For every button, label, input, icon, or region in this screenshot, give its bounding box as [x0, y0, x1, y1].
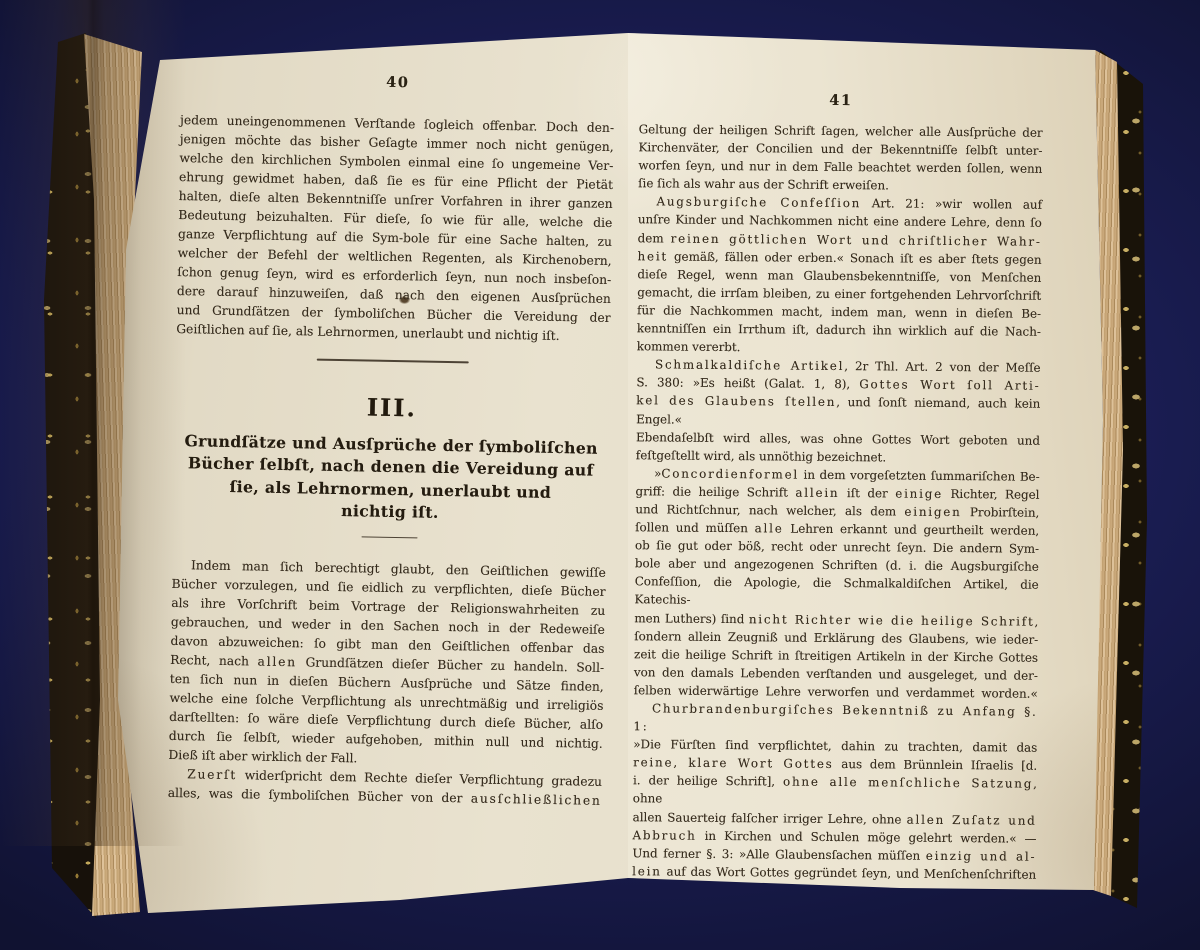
text-run: Ebendaſelbſt wird alles, was ohne Gottes… [636, 430, 1040, 448]
paragraph-block: jedem uneingenommenen Verſtande ſogleich… [176, 111, 614, 347]
letterspaced-text: Concordienformel [661, 466, 799, 481]
text-run: Recht, nach [170, 653, 258, 669]
text-run: Confeſſion, die Apologie, die Schmalkald… [635, 575, 1039, 608]
letterspaced-text: ohne alle menſchliche Satzung [783, 775, 1033, 791]
chapter-numeral: III. [175, 388, 609, 425]
letterspaced-text: allein [795, 485, 839, 499]
letterspaced-text: einige [895, 486, 943, 500]
text-run: kommen vererbt. [637, 339, 741, 354]
section-heading: Grundſätze und Ausſprüche der ſymboliſch… [173, 429, 609, 527]
paragraph-block: Indem man ſich berechtigt glaubt, den Ge… [168, 556, 606, 811]
text-run: auf das Wort Gottes gegründet ſeyn, und … [662, 864, 1037, 881]
text-run: Art. 21: »wir wollen auf [861, 197, 1042, 213]
letterspaced-text: allen [257, 655, 297, 670]
page-41-number: 41 [639, 90, 1043, 111]
text-run: »Die Fürſten ſind verpflichtet, dahin zu… [633, 737, 1037, 755]
paragraph-block: Geltung der heiligen Schrift ſagen, welc… [632, 120, 1043, 883]
letterspaced-text: Schmalkaldiſche Artikel [655, 358, 844, 374]
text-run: unſre Kinder und Nachkommen nicht eine a… [638, 213, 1042, 231]
text-run: Probirſtein, [962, 505, 1040, 520]
letterspaced-text: ausſchließlichen [471, 791, 602, 807]
text-run: : [643, 719, 647, 733]
text-run: bole aber und angezogenen Schriften (d. … [635, 556, 1039, 574]
text-run: S. 380: »Es heißt (Galat. 1, 8), [636, 376, 859, 392]
letterspaced-text: heit [638, 249, 669, 263]
text-run: dieſe Regel, wenn man Glaubensbekenntniſ… [637, 267, 1041, 285]
page-40-number: 40 [181, 70, 615, 95]
text-run: , 2r Thl. Art. 2 von der Meſſe [844, 359, 1040, 375]
letterspaced-text: lein [632, 864, 662, 878]
text-run: » [654, 466, 661, 480]
text-run: dem [638, 231, 671, 245]
page-41-text-column: 41 Geltung der heiligen Schrift ſagen, w… [632, 90, 1043, 883]
text-line: kel des Glaubens ſtellen, und ſonſt niem… [636, 392, 1040, 432]
text-run: allen Sauerteig falſcher irriger Lehre, … [633, 810, 907, 826]
text-run: , [1035, 614, 1039, 628]
text-run: von den damals Lebenden verſtanden und a… [634, 665, 1038, 683]
text-run: i. der heilige Schrift], [633, 774, 783, 789]
page-40-text-column: 40 jedem uneingenommenen Verſtande ſogle… [168, 70, 615, 811]
letterspaced-text: Zuerſt [187, 767, 237, 782]
text-run: Und ferner §. 3: »Alle Glaubensſachen mü… [632, 846, 926, 863]
letterspaced-text: Augsburgiſche Confeſſion [656, 195, 861, 211]
text-run: Grundſätzen dieſer Bücher zu handeln. So… [297, 655, 604, 675]
letterspaced-text: einzig und al- [926, 849, 1037, 864]
letterspaced-text: nicht Richter wie die heilige Schrift [749, 612, 1035, 628]
text-run: kenntniſſen ein Irrthum iſt, dadurch ihn… [637, 321, 1041, 339]
text-run: Geiſtlichen auf ſie, als Lehrnormen, une… [176, 322, 560, 343]
letterspaced-text: allen Zuſatz und [907, 812, 1037, 827]
text-run: ob ſie gut oder böß, recht oder unrecht … [635, 538, 1039, 556]
text-run: Geltung der heiligen Schrift ſagen, welc… [639, 122, 1043, 140]
text-run: ſie, als Lehrnormen, unerlaubt und [229, 476, 551, 501]
separator-rule [317, 359, 469, 363]
text-run: Richter, Regel [943, 487, 1040, 502]
book-photo: { "photo": { "background_color": "#1a1d5… [0, 0, 1200, 950]
text-run: zeit die heilige Schrift in ſtreitigen A… [634, 647, 1038, 665]
text-line: i. der heilige Schrift], ohne alle menſc… [633, 772, 1037, 812]
text-run: Lehren erkannt und geurtheilt werden, [784, 522, 1040, 538]
letterspaced-text: kel des Glaubens ſtellen [636, 394, 836, 410]
text-line: Confeſſion, die Apologie, die Schmalkald… [634, 573, 1038, 613]
gutter-shadow [0, 0, 186, 846]
page-40-blocks: jedem uneingenommenen Verſtande ſogleich… [168, 111, 615, 811]
text-run: nichtig iſt. [341, 501, 439, 522]
text-run: ſondern allein Zeugniß und Erklärung des… [634, 629, 1038, 647]
text-run: iſt der [839, 486, 895, 500]
separator-rule [362, 536, 418, 539]
letterspaced-text: Abbruch [632, 828, 696, 843]
text-run: für die Nachkommen macht, indem man, wen… [637, 303, 1041, 321]
page-41-blocks: Geltung der heiligen Schrift ſagen, welc… [632, 120, 1043, 883]
text-run: Dieß iſt aber wirklich der Fall. [168, 748, 357, 765]
text-line: Churbrandenburgiſches Bekenntniß zu Anfa… [633, 699, 1037, 739]
text-run: in Kirchen und Schulen möge gelehrt werd… [697, 828, 1037, 845]
text-run: aus dem Brünnlein Iſraelis [d. [834, 757, 1038, 773]
text-run: worfen ſeyn, und nur in dem Falle beacht… [638, 158, 1042, 176]
letterspaced-text: reinen göttlichen Wort und chriſtlicher … [671, 231, 1042, 248]
text-run: gemacht, die irrſam bleiben, zu einer fo… [637, 285, 1041, 303]
text-line: lein auf das Wort Gottes gegründet ſeyn,… [632, 862, 1036, 884]
text-run: feſtgeſtellt wird, als unnöthig bezeichn… [636, 448, 886, 464]
text-run: Kirchenväter, der Concilien und der Beke… [638, 140, 1042, 158]
text-run: ſelben widerwärtige Lehre verworfen und … [634, 683, 1038, 701]
text-run: ſollen und müſſen [635, 520, 755, 535]
text-run: men Luthers) ſind [634, 611, 749, 626]
letterspaced-text: einigen [904, 505, 961, 519]
text-run: alles, was die ſymboliſchen Bücher von d… [168, 786, 471, 806]
letterspaced-text: Churbrandenburgiſches Bekenntniß zu Anfa… [633, 701, 1037, 733]
text-run: und Richtſchnur, nach welcher, als dem [635, 502, 904, 518]
text-run: griff: die heilige Schrift [635, 484, 795, 499]
text-run: in dem vorgeſetzten ſummariſchen Be- [799, 467, 1040, 483]
letterspaced-text: alle [755, 521, 784, 535]
letterspaced-text: reine, klare Wort Gottes [633, 755, 834, 771]
letterspaced-text: Gottes Wort ſoll Arti- [859, 377, 1040, 393]
text-run: ſie ſich als wahr aus der Schrift erweiſ… [638, 177, 889, 193]
text-run: gemäß, fällen oder erben.« Sonach iſt es… [668, 249, 1042, 266]
